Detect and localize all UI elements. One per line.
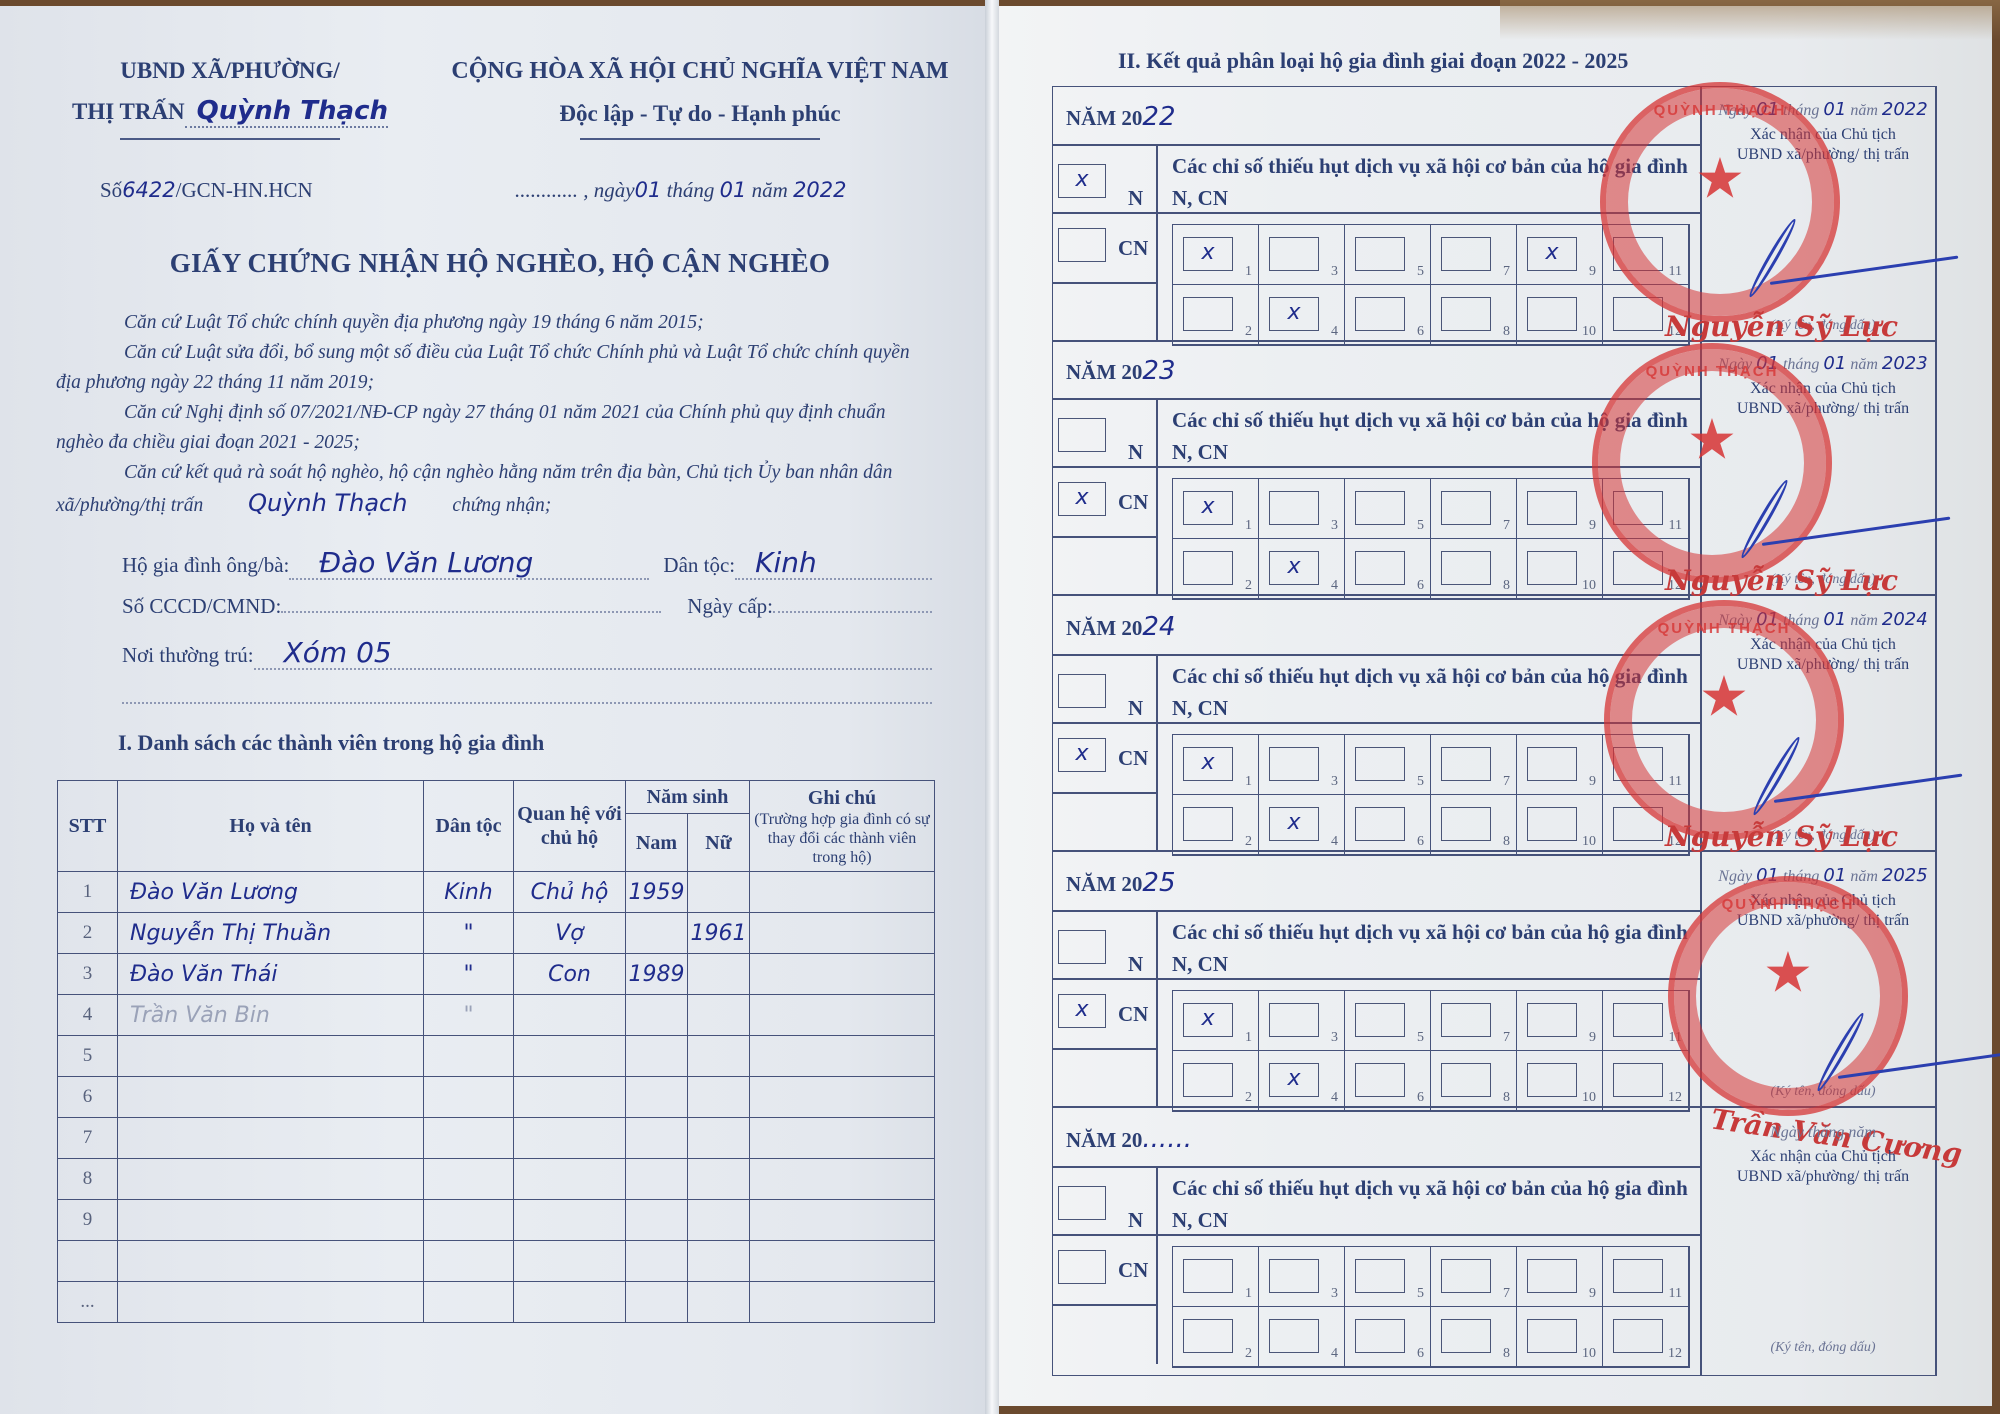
cell-birth-male: 1989 [626,954,688,995]
members-table: STT Họ và tên Dân tộc Quan hệ với chủ hộ… [57,780,935,1323]
indicator-checkbox[interactable]: x [1269,807,1319,841]
indicator-cell: 6 [1345,795,1431,855]
indicator-checkbox[interactable] [1355,1259,1405,1293]
indicator-number: 9 [1589,1030,1596,1046]
poor-household-checkbox[interactable]: x [1058,164,1106,198]
confirmation-block: Ngày tháng năm Xác nhận của Chủ tịch UBN… [1712,1122,1934,1187]
indicator-cell: 2 [1173,1307,1259,1367]
indicator-cell: 5 [1345,1247,1431,1307]
official-seal: QUỲNH THẠCH★ [1592,343,1832,583]
indicator-number: 10 [1582,578,1596,594]
indicator-checkbox[interactable] [1613,1063,1663,1097]
cell-birth-female [688,1282,750,1323]
indicator-checkbox[interactable] [1527,1003,1577,1037]
year-label: NĂM 2023 [1066,356,1176,386]
indicator-cell: 6 [1345,539,1431,599]
cell-name: Trần Văn Bin [118,995,424,1036]
id-label: Số CCCD/CMND: [122,594,281,619]
year-suffix: 25 [1142,868,1175,898]
indicator-checkbox[interactable] [1269,747,1319,781]
indicator-cell: 3 [1259,1247,1345,1307]
indicator-number: 4 [1331,324,1338,340]
cell-stt: 2 [58,913,118,954]
poor-label: N [1128,696,1143,721]
indicator-checkbox[interactable] [1527,551,1577,585]
poor-household-checkbox[interactable] [1058,930,1106,964]
cn-bottom-divider [1052,1048,1156,1050]
poor-label: N [1128,1208,1143,1233]
cell-ethnicity [424,1200,514,1241]
indicator-cell: x 9 [1517,225,1603,285]
cell-birth-male [626,1036,688,1077]
near-poor-household-checkbox[interactable] [1058,1250,1106,1284]
indicator-checkbox[interactable] [1269,1319,1319,1353]
year-block-5: NĂM 20...... N Các chỉ số thiếu hụt dịch… [1052,1108,1700,1364]
indicator-number: 6 [1417,578,1424,594]
indicator-cell: 2 [1173,285,1259,345]
indicator-checkbox[interactable] [1613,1319,1663,1353]
indicator-cell: 7 [1431,991,1517,1051]
col-stt: STT [58,781,118,872]
indicator-number: 3 [1331,1030,1338,1046]
indicator-number: 4 [1331,578,1338,594]
seal-text: QUỲNH THẠCH [1606,102,1834,119]
indicator-number: 1 [1245,774,1252,790]
seal-text: QUỲNH THẠCH [1598,363,1826,380]
cell-note [750,995,935,1036]
issue-date-label: Ngày cấp: [687,594,773,619]
year-suffix: 22 [1142,102,1175,132]
paper-stain [1500,0,2000,40]
table-row: 7 [58,1118,935,1159]
year-suffix: 24 [1142,612,1175,642]
cell-relation [514,1159,626,1200]
indicator-checkbox[interactable] [1355,1063,1405,1097]
table-row [58,1241,935,1282]
year-suffix: ...... [1142,1124,1192,1154]
indicator-checkbox[interactable] [1441,1003,1491,1037]
indicator-number: 2 [1245,1346,1252,1362]
cell-stt: 9 [58,1200,118,1241]
cell-name: Nguyễn Thị Thuần [118,913,424,954]
confirm-year: 2023 [1882,353,1928,374]
residence-label: Nơi thường trú: [122,643,254,668]
year-block-3: NĂM 2024 N Các chỉ số thiếu hụt dịch vụ … [1052,596,1700,852]
indicator-checkbox[interactable] [1183,807,1233,841]
indicator-number: 5 [1417,518,1424,534]
indicator-checkbox[interactable] [1613,1003,1663,1037]
basis-commune: Quỳnh Thạch [208,489,447,517]
col-male: Nam [626,814,688,872]
confirm-year-label: năm [1850,102,1878,119]
confirm-year-label: năm [1850,868,1878,885]
col-ethnicity: Dân tộc [424,781,514,872]
indicator-checkbox[interactable] [1441,237,1491,271]
cell-relation [514,1200,626,1241]
cell-relation [514,1118,626,1159]
indicator-number: 7 [1503,518,1510,534]
col-female: Nữ [688,814,750,872]
date-year: 2022 [793,178,846,202]
head-label: Hộ gia đình ông/bà: [122,553,289,578]
indicator-number: 5 [1417,1286,1424,1302]
cell-birth-male [626,1077,688,1118]
indicator-number: 5 [1417,1030,1424,1046]
indicator-cell: 9 [1517,735,1603,795]
cell-note [750,954,935,995]
near-poor-label: CN [1118,746,1148,771]
cell-ethnicity: Kinh [424,872,514,913]
year-label: NĂM 2025 [1066,868,1176,898]
year-suffix: 23 [1142,356,1175,386]
indicator-cell: 2 [1173,1051,1259,1111]
indicator-cell: 7 [1431,225,1517,285]
section1-title: I. Danh sách các thành viên trong hộ gia… [118,730,544,756]
cell-note [750,1241,935,1282]
cell-birth-male: 1959 [626,872,688,913]
indicator-number: 9 [1589,264,1596,280]
indicator-number: 8 [1503,578,1510,594]
star-emblem-icon: ★ [1763,941,1813,1006]
table-row: 6 [58,1077,935,1118]
basis-1: Căn cứ Luật Tổ chức chính quyền địa phươ… [56,308,936,338]
cell-birth-female [688,954,750,995]
cell-birth-male [626,1241,688,1282]
cell-note [750,1077,935,1118]
indicator-number: 6 [1417,324,1424,340]
cell-birth-female [688,1200,750,1241]
table-row: 3Đào Văn Thái"Con1989 [58,954,935,995]
table-row: 1Đào Văn LươngKinhChủ hộ1959 [58,872,935,913]
indicator-checkbox[interactable] [1269,491,1319,525]
official-seal: QUỲNH THẠCH★ [1600,82,1840,322]
cell-name: Đào Văn Lương [118,872,424,913]
indicator-cell: 5 [1345,225,1431,285]
cell-note [750,913,935,954]
indicator-number: 5 [1417,264,1424,280]
indicator-number: 2 [1245,324,1252,340]
cell-relation: Chủ hộ [514,872,626,913]
date-day-label: ngày [594,178,635,202]
indicator-number: 2 [1245,1090,1252,1106]
indicator-cell: x 4 [1259,539,1345,599]
indicator-number: 3 [1331,518,1338,534]
cell-stt: 1 [58,872,118,913]
indicator-cell: x 1 [1173,479,1259,539]
cn-bottom-divider [1052,792,1156,794]
indicator-cell: 5 [1345,991,1431,1051]
indicator-cell: 2 [1173,539,1259,599]
cell-relation [514,1077,626,1118]
indicator-checkbox[interactable] [1269,237,1319,271]
indicator-cell: 8 [1431,285,1517,345]
indicator-checkbox[interactable] [1183,1259,1233,1293]
cell-ethnicity: " [424,954,514,995]
confirm-year-label: năm [1848,1124,1876,1141]
cell-ethnicity: " [424,995,514,1036]
indicator-checkbox[interactable] [1441,747,1491,781]
indicator-checkbox[interactable] [1527,1063,1577,1097]
cell-note [750,1036,935,1077]
indicator-cell: x 1 [1173,735,1259,795]
indicator-checkbox[interactable] [1183,551,1233,585]
indicator-checkbox[interactable]: x [1183,747,1233,781]
indicator-number: 10 [1582,834,1596,850]
indicator-number: 11 [1669,1286,1682,1302]
cn-bottom-divider [1052,282,1156,284]
ethnicity-label: Dân tộc: [663,553,735,578]
cell-stt [58,1241,118,1282]
cell-relation [514,995,626,1036]
indicator-checkbox[interactable] [1355,1319,1405,1353]
cell-birth-female [688,1241,750,1282]
indicator-checkbox[interactable] [1527,1319,1577,1353]
indicator-checkbox[interactable] [1527,807,1577,841]
year-block-4: NĂM 2025 N Các chỉ số thiếu hụt dịch vụ … [1052,852,1700,1108]
cell-relation [514,1241,626,1282]
indicator-cell: 10 [1517,1051,1603,1111]
poor-household-checkbox[interactable] [1058,418,1106,452]
indicator-number: 4 [1331,1090,1338,1106]
poor-household-checkbox[interactable] [1058,674,1106,708]
indicator-grid: 1 3 5 7 9 11 2 4 6 8 10 12 [1172,1246,1690,1368]
motto-underline [580,138,820,140]
row-divider [1052,398,1700,400]
indicator-grid: x 1 3 5 7 9 11 2x 4 6 8 10 12 [1172,990,1690,1112]
indicator-number: 6 [1417,1090,1424,1106]
indicator-number: 12 [1668,1346,1682,1362]
near-poor-household-checkbox[interactable]: x [1058,994,1106,1028]
cell-ethnicity [424,1077,514,1118]
indicator-checkbox[interactable] [1355,551,1405,585]
indicator-checkbox[interactable] [1441,1063,1491,1097]
indicator-checkbox[interactable] [1441,1319,1491,1353]
poor-household-checkbox[interactable] [1058,1186,1106,1220]
near-poor-household-checkbox[interactable]: x [1058,482,1106,516]
cell-ethnicity [424,1036,514,1077]
col-relation: Quan hệ với chủ hộ [514,781,626,872]
document-title: GIẤY CHỨNG NHẬN HỘ NGHÈO, HỘ CẬN NGHÈO [40,248,960,279]
indicator-cell: 1 [1173,1247,1259,1307]
cell-stt: 5 [58,1036,118,1077]
indicator-cell: 3 [1259,991,1345,1051]
indicator-cell: 12 [1603,1051,1689,1111]
indicator-number: 8 [1503,324,1510,340]
seal-text: QUỲNH THẠCH [1674,896,1902,913]
indicator-checkbox[interactable] [1355,747,1405,781]
issue-date-value [773,611,932,613]
indicator-checkbox[interactable] [1183,1319,1233,1353]
indicator-checkbox[interactable] [1355,491,1405,525]
indicator-number: 8 [1503,1346,1510,1362]
indicator-checkbox[interactable] [1269,1259,1319,1293]
basis-2: Căn cứ Luật sửa đổi, bổ sung một số điều… [56,338,936,398]
cell-ethnicity [424,1118,514,1159]
indicator-checkbox[interactable] [1527,747,1577,781]
indicator-checkbox[interactable]: x [1269,297,1319,331]
cell-birth-male [626,1159,688,1200]
cell-note [750,1200,935,1241]
confirm-year-label: năm [1850,356,1878,373]
cell-name [118,1241,424,1282]
cell-name [118,1159,424,1200]
cell-birth-female [688,1118,750,1159]
issue-date: ............ , ngày01 tháng 01 năm 2022 [515,178,847,203]
indicator-checkbox[interactable]: x [1269,1063,1319,1097]
cell-relation: Con [514,954,626,995]
indicator-checkbox[interactable] [1441,1259,1491,1293]
sign-note: (Ký tên, đóng dấu) [1712,1338,1934,1358]
id-row: Số CCCD/CMND: Ngày cấp: [122,594,932,619]
date-month-label: tháng [667,178,715,202]
confirm-year: 2025 [1882,865,1928,886]
indicator-checkbox[interactable]: x [1183,237,1233,271]
indicator-number: 2 [1245,578,1252,594]
cell-name [118,1282,424,1323]
indicator-checkbox[interactable] [1183,297,1233,331]
official-seal: QUỲNH THẠCH★ [1604,600,1844,840]
indicator-cell: 11 [1603,1247,1689,1307]
indicator-cell: 10 [1517,285,1603,345]
indicator-cell: 6 [1345,1051,1431,1111]
indicator-checkbox[interactable]: x [1183,491,1233,525]
indicator-checkbox[interactable]: x [1527,237,1577,271]
year-label: NĂM 20...... [1066,1124,1192,1154]
indicator-cell: 6 [1345,1307,1431,1367]
confirm-day-label: Ngày [1770,1124,1804,1141]
motto: Độc lập - Tự do - Hạnh phúc [430,101,970,127]
agency-line1: UBND XÃ/PHƯỜNG/ [40,58,420,84]
indicator-number: 10 [1582,1090,1596,1106]
note-subtitle: (Trường hợp gia đình có sự thay đổi các … [752,810,932,867]
year-label: NĂM 2022 [1066,102,1176,132]
signer-name-stamp: Nguyễn Sỹ Lực [1665,820,1898,853]
frame-right-edge [1935,86,1937,1376]
confirm-text: Xác nhận của Chủ tịch UBND xã/phường/ th… [1732,1147,1914,1187]
indicator-cell: 7 [1431,479,1517,539]
indicator-checkbox[interactable] [1355,297,1405,331]
indicator-number: 10 [1582,324,1596,340]
indicator-checkbox[interactable] [1613,1259,1663,1293]
confirm-year: 2024 [1882,609,1928,630]
indicator-number: 7 [1503,264,1510,280]
col-divider [1156,144,1158,342]
cell-ethnicity [424,1282,514,1323]
indicator-checkbox[interactable] [1355,807,1405,841]
cell-name [118,1077,424,1118]
indicator-checkbox[interactable] [1441,807,1491,841]
cell-name [118,1036,424,1077]
issuing-agency: UBND XÃ/PHƯỜNG/ THỊ TRẤN Quỳnh Thạch [40,58,420,128]
cell-stt: ... [58,1282,118,1323]
cell-note [750,1159,935,1200]
signer-name-stamp: Nguyễn Sỹ Lực [1665,564,1898,597]
cell-birth-female [688,1036,750,1077]
near-poor-household-checkbox[interactable]: x [1058,738,1106,772]
indicator-checkbox[interactable] [1441,297,1491,331]
indicator-checkbox[interactable] [1527,1259,1577,1293]
indicator-cell: 10 [1517,1307,1603,1367]
n-cn-divider [1052,212,1156,214]
indicator-cell: 8 [1431,539,1517,599]
blank-dotted-line [122,702,932,704]
indicator-checkbox[interactable]: x [1183,1003,1233,1037]
indicator-number: 1 [1245,518,1252,534]
indicator-number: 9 [1589,1286,1596,1302]
year-label: NĂM 2024 [1066,612,1176,642]
indicator-checkbox[interactable] [1441,551,1491,585]
indicator-cell: 9 [1517,1247,1603,1307]
col-birth-year: Năm sinh [626,781,750,814]
indicator-checkbox[interactable] [1527,297,1577,331]
indicator-cell: 9 [1517,991,1603,1051]
cell-birth-male [626,913,688,954]
indicator-checkbox[interactable]: x [1269,551,1319,585]
year-prefix: NĂM 20 [1066,872,1142,896]
indicator-number: 4 [1331,1346,1338,1362]
indicator-number: 6 [1417,1346,1424,1362]
indicator-cell: 6 [1345,285,1431,345]
indicator-number: 7 [1503,774,1510,790]
confirm-month: 01 [1823,353,1846,374]
cell-stt: 7 [58,1118,118,1159]
indicator-cell: 10 [1517,539,1603,599]
desc-divider [1156,978,1700,980]
row-divider [1052,654,1700,656]
date-day: 01 [635,178,662,202]
poor-label: N [1128,440,1143,465]
indicator-checkbox[interactable] [1527,491,1577,525]
cell-note [750,1282,935,1323]
table-row: 5 [58,1036,935,1077]
indicator-number: 9 [1589,518,1596,534]
indicator-number: 10 [1582,1346,1596,1362]
indicator-checkbox[interactable] [1441,491,1491,525]
indicator-cell: 12 [1603,1307,1689,1367]
indicator-number: 12 [1668,1090,1682,1106]
indicator-cell: 10 [1517,795,1603,855]
basis-end: chứng nhận; [452,495,551,516]
indicator-checkbox[interactable] [1355,1003,1405,1037]
date-month: 01 [720,178,747,202]
star-emblem-icon: ★ [1687,408,1737,473]
year-prefix: NĂM 20 [1066,1128,1142,1152]
cell-stt: 3 [58,954,118,995]
official-seal: QUỲNH THẠCH★ [1668,876,1908,1116]
indicator-cell: x 1 [1173,991,1259,1051]
indicator-cell: 9 [1517,479,1603,539]
indicator-cell: 8 [1431,795,1517,855]
indicator-checkbox[interactable] [1269,1003,1319,1037]
confirm-year: 2022 [1882,99,1928,120]
section2-title: II. Kết quả phân loại hộ gia đình giai đ… [1118,48,1628,74]
indicator-number: 6 [1417,834,1424,850]
indicator-number: 7 [1503,1030,1510,1046]
row-divider [1052,1166,1700,1168]
confirm-year-label: năm [1850,612,1878,629]
indicator-checkbox[interactable] [1355,237,1405,271]
cell-ethnicity [424,1159,514,1200]
near-poor-household-checkbox[interactable] [1058,228,1106,262]
cell-birth-female [688,995,750,1036]
year-prefix: NĂM 20 [1066,106,1142,130]
table-row: 8 [58,1159,935,1200]
indicator-checkbox[interactable] [1183,1063,1233,1097]
near-poor-label: CN [1118,1258,1148,1283]
indicator-cell: x 4 [1259,1051,1345,1111]
cell-birth-female [688,1159,750,1200]
col-divider [1156,398,1158,596]
